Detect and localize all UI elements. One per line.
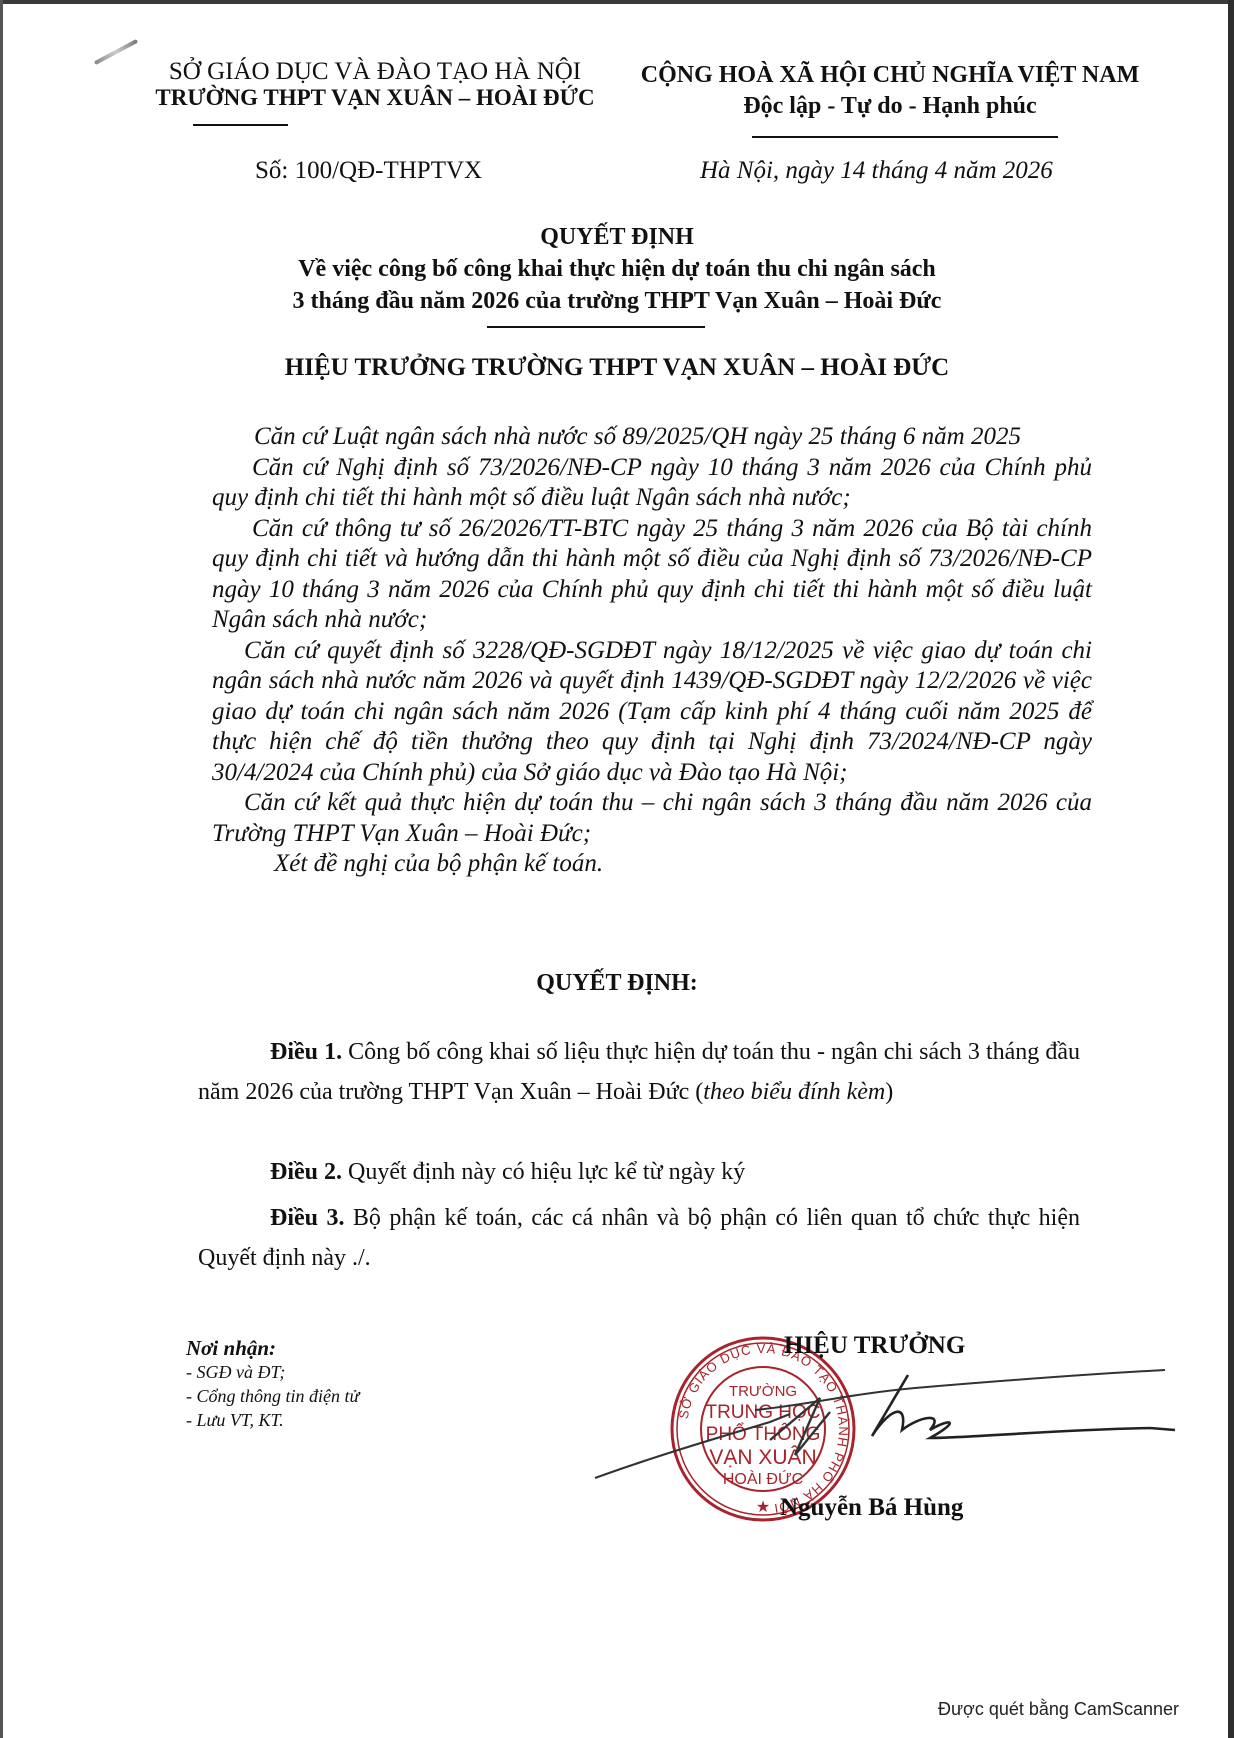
article-label: Điều 2. [270, 1159, 342, 1185]
title-underline [487, 326, 705, 328]
signer-name: Nguyễn Bá Hùng [780, 1494, 963, 1522]
scan-border-top [0, 0, 1234, 4]
handwritten-signature-icon [590, 1360, 1190, 1510]
signature-title: HIỆU TRƯỞNG [784, 1332, 965, 1360]
agency-name: SỞ GIÁO DỤC VÀ ĐÀO TẠO HÀ NỘI [140, 58, 610, 86]
article-tail: ) [885, 1079, 893, 1105]
recipient-item: - Lưu VT, KT. [186, 1408, 359, 1432]
recipients: Nơi nhận: - SGĐ và ĐT; - Cổng thông tin … [186, 1336, 359, 1432]
legal-basis-item: Căn cứ Luật ngân sách nhà nước số 89/202… [212, 422, 1092, 453]
article-3: Điều 3. Bộ phận kế toán, các cá nhân và … [198, 1198, 1080, 1278]
recipient-item: - Cổng thông tin điện tử [186, 1384, 359, 1408]
pen-mark [94, 39, 138, 65]
document-title: QUYẾT ĐỊNH [0, 224, 1234, 251]
document-number: Số: 100/QĐ-THPTVX [255, 157, 482, 185]
scanner-watermark: Được quét bằng CamScanner [938, 1699, 1179, 1720]
legal-basis-item: Xét đề nghị của bộ phận kế toán. [212, 849, 1092, 880]
legal-basis-item: Căn cứ quyết định số 3228/QĐ-SGDĐT ngày … [212, 636, 1092, 789]
article-label: Điều 1. [270, 1039, 342, 1065]
legal-basis-item: Căn cứ thông tư số 26/2026/TT-BTC ngày 2… [212, 514, 1092, 636]
legal-basis: Căn cứ Luật ngân sách nhà nước số 89/202… [212, 422, 1092, 880]
legal-basis-item: Căn cứ Nghị định số 73/2026/NĐ-CP ngày 1… [212, 453, 1092, 514]
recipient-item: - SGĐ và ĐT; [186, 1360, 359, 1384]
school-name: TRƯỜNG THPT VẠN XUÂN – HOÀI ĐỨC [140, 85, 610, 111]
article-2: Điều 2. Quyết định này có hiệu lực kể từ… [198, 1152, 1080, 1192]
article-1: Điều 1. Công bố công khai số liệu thực h… [198, 1032, 1080, 1112]
recipients-label: Nơi nhận: [186, 1336, 359, 1360]
document-subject-line-1: Về việc công bố công khai thực hiện dự t… [0, 256, 1234, 283]
header-right-underline [752, 136, 1058, 138]
header-left-underline [193, 124, 288, 126]
article-text: Quyết định này có hiệu lực kể từ ngày ký [342, 1159, 745, 1185]
country-name: CỘNG HOÀ XÃ HỘI CHỦ NGHĨA VIỆT NAM [620, 62, 1160, 89]
article-italic: theo biểu đính kèm [703, 1079, 885, 1105]
legal-basis-item: Căn cứ kết quả thực hiện dự toán thu – c… [212, 788, 1092, 849]
document-date: Hà Nội, ngày 14 tháng 4 năm 2026 [700, 157, 1053, 185]
issuing-authority: HIỆU TRƯỞNG TRƯỜNG THPT VẠN XUÂN – HOÀI … [0, 354, 1234, 382]
motto: Độc lập - Tự do - Hạnh phúc [620, 93, 1160, 120]
document-subject-line-2: 3 tháng đầu năm 2026 của trường THPT Vạn… [0, 288, 1234, 315]
decision-heading: QUYẾT ĐỊNH: [0, 970, 1234, 997]
article-label: Điều 3. [270, 1205, 344, 1231]
